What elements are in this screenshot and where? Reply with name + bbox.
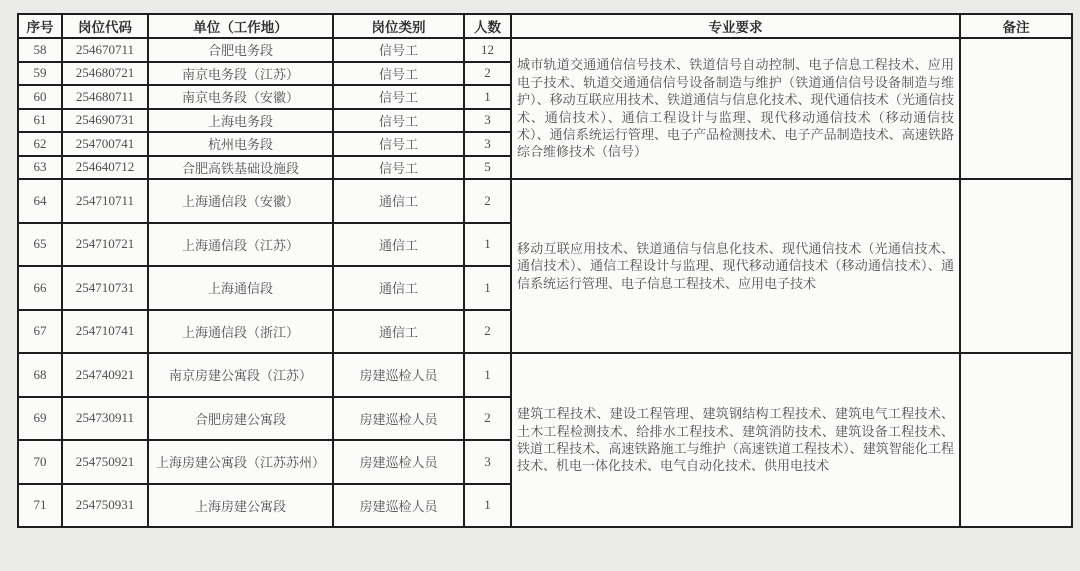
cell-seq: 70 [18,440,62,484]
cell-unit: 上海通信段（江苏） [148,223,333,267]
cell-seq: 63 [18,156,62,180]
cell-seq: 68 [18,353,62,397]
cell-code: 254750921 [62,440,148,484]
cell-unit: 合肥高铁基础设施段 [148,156,333,180]
cell-count: 2 [464,397,511,441]
cell-code: 254680721 [62,62,148,86]
cell-code: 254670711 [62,38,148,62]
cell-count: 1 [464,353,511,397]
cell-category: 通信工 [333,310,464,354]
cell-remarks [960,38,1072,179]
cell-category: 信号工 [333,132,464,156]
table-row: 58 254670711 合肥电务段 信号工 12 城市轨道交通通信信号技术、铁… [18,38,1072,62]
col-header-requirements: 专业要求 [511,14,960,38]
cell-count: 5 [464,156,511,180]
cell-seq: 61 [18,109,62,133]
cell-remarks [960,179,1072,353]
table-row: 68 254740921 南京房建公寓段（江苏） 房建巡检人员 1 建筑工程技术… [18,353,1072,397]
cell-unit: 南京房建公寓段（江苏） [148,353,333,397]
cell-unit: 合肥房建公寓段 [148,397,333,441]
cell-unit: 杭州电务段 [148,132,333,156]
col-header-unit: 单位（工作地） [148,14,333,38]
cell-requirements: 建筑工程技术、建设工程管理、建筑钢结构工程技术、建筑电气工程技术、土木工程检测技… [511,353,960,527]
cell-seq: 60 [18,85,62,109]
cell-count: 1 [464,223,511,267]
cell-requirements: 城市轨道交通通信信号技术、铁道信号自动控制、电子信息工程技术、应用电子技术、轨道… [511,38,960,179]
cell-count: 3 [464,109,511,133]
cell-count: 1 [464,266,511,310]
cell-count: 2 [464,310,511,354]
cell-category: 通信工 [333,266,464,310]
col-header-category: 岗位类别 [333,14,464,38]
cell-seq: 71 [18,484,62,528]
cell-count: 1 [464,85,511,109]
cell-category: 信号工 [333,62,464,86]
cell-category: 信号工 [333,156,464,180]
cell-count: 1 [464,484,511,528]
cell-category: 房建巡检人员 [333,440,464,484]
document-page: 序号 岗位代码 单位（工作地） 岗位类别 人数 专业要求 备注 58 25467… [0,0,1080,571]
cell-code: 254710741 [62,310,148,354]
cell-code: 254750931 [62,484,148,528]
cell-category: 信号工 [333,109,464,133]
cell-seq: 66 [18,266,62,310]
cell-seq: 69 [18,397,62,441]
cell-category: 通信工 [333,223,464,267]
cell-category: 房建巡检人员 [333,353,464,397]
cell-category: 通信工 [333,179,464,223]
cell-seq: 58 [18,38,62,62]
cell-requirements: 移动互联应用技术、铁道通信与信息化技术、现代通信技术（光通信技术、通信技术）、通… [511,179,960,353]
cell-count: 2 [464,179,511,223]
cell-seq: 62 [18,132,62,156]
cell-unit: 上海通信段 [148,266,333,310]
cell-unit: 上海电务段 [148,109,333,133]
cell-unit: 上海房建公寓段 [148,484,333,528]
cell-unit: 上海房建公寓段（江苏苏州） [148,440,333,484]
cell-unit: 上海通信段（浙江） [148,310,333,354]
table-row: 64 254710711 上海通信段（安徽） 通信工 2 移动互联应用技术、铁道… [18,179,1072,223]
cell-code: 254680711 [62,85,148,109]
cell-seq: 64 [18,179,62,223]
cell-unit: 南京电务段（安徽） [148,85,333,109]
job-positions-table: 序号 岗位代码 单位（工作地） 岗位类别 人数 专业要求 备注 58 25467… [17,13,1073,528]
cell-category: 信号工 [333,85,464,109]
col-header-remarks: 备注 [960,14,1072,38]
cell-code: 254690731 [62,109,148,133]
cell-code: 254710721 [62,223,148,267]
cell-seq: 67 [18,310,62,354]
cell-count: 3 [464,132,511,156]
cell-code: 254740921 [62,353,148,397]
cell-unit: 合肥电务段 [148,38,333,62]
cell-count: 12 [464,38,511,62]
header-row: 序号 岗位代码 单位（工作地） 岗位类别 人数 专业要求 备注 [18,14,1072,38]
cell-code: 254710711 [62,179,148,223]
cell-code: 254710731 [62,266,148,310]
col-header-code: 岗位代码 [62,14,148,38]
cell-code: 254700741 [62,132,148,156]
cell-category: 房建巡检人员 [333,397,464,441]
cell-seq: 59 [18,62,62,86]
cell-code: 254640712 [62,156,148,180]
cell-remarks [960,353,1072,527]
col-header-count: 人数 [464,14,511,38]
cell-unit: 上海通信段（安徽） [148,179,333,223]
cell-seq: 65 [18,223,62,267]
cell-count: 3 [464,440,511,484]
col-header-seq: 序号 [18,14,62,38]
cell-unit: 南京电务段（江苏） [148,62,333,86]
cell-category: 信号工 [333,38,464,62]
cell-category: 房建巡检人员 [333,484,464,528]
cell-code: 254730911 [62,397,148,441]
cell-count: 2 [464,62,511,86]
